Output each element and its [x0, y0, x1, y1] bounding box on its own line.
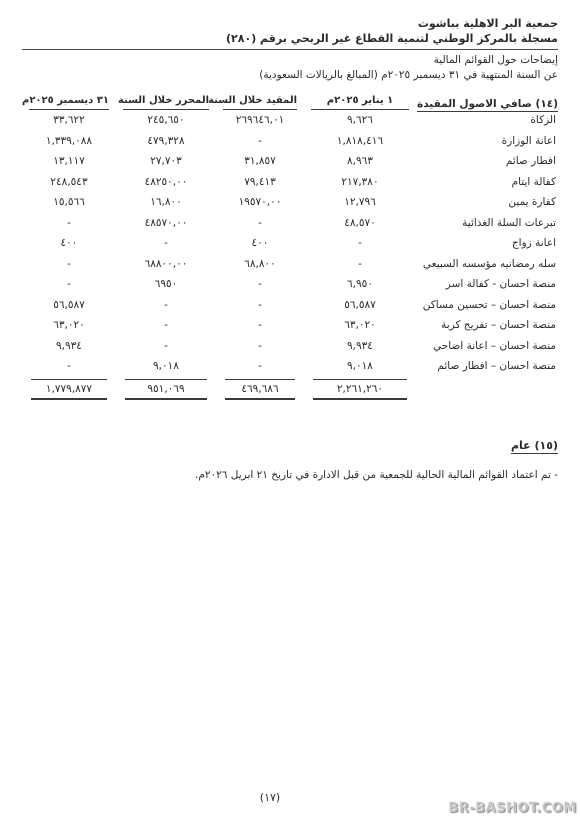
- row-label: كفالة ايتام: [416, 172, 558, 193]
- cell-restricted: ٧٩,٤١٣: [216, 172, 304, 193]
- cell-released: ٦٨٨٠٠,٠٠: [116, 254, 216, 275]
- cell-restricted: ٤٠٠: [216, 233, 304, 254]
- cell-restricted: -: [216, 131, 304, 152]
- doc-period: عن السنة المنتهية في ٣١ ديسمبر ٢٠٢٥م (ال…: [22, 68, 558, 82]
- cell-restricted: ١٩٥٧٠,٠٠: [216, 192, 304, 213]
- total-released: ٩٥١,٠٦٩: [125, 379, 207, 401]
- cell-dec31: ٩,٩٣٤: [22, 336, 116, 357]
- cell-released: ٤٧٩,٣٢٨: [116, 131, 216, 152]
- column-header-restricted: المقيد خلال السنة: [223, 95, 297, 110]
- cell-jan1: ٨,٩٦٣: [304, 151, 416, 172]
- table-row: منصة احسان - كفالة اسر ٦,٩٥٠ - ٦٩٥٠ -: [22, 274, 558, 295]
- cell-dec31: -: [22, 274, 116, 295]
- table-row: منصة احسان – تفريج كربة ٦٣,٠٢٠ - - ٦٣,٠٢…: [22, 315, 558, 336]
- column-header-released: المحرر خلال السنة: [123, 95, 209, 110]
- table-row: منصة احسان – تحسين مساكن ٥٦,٥٨٧ - - ٥٦,٥…: [22, 295, 558, 316]
- cell-dec31: ٤٠٠: [22, 233, 116, 254]
- table-row: منصة احسان – اعانة اضاحي ٩,٩٣٤ - - ٩,٩٣٤: [22, 336, 558, 357]
- watermark: BR-BASHOT.COM: [449, 801, 577, 816]
- cell-restricted: ٦٨,٨٠٠: [216, 254, 304, 275]
- cell-jan1: ٤٨,٥٧٠: [304, 213, 416, 234]
- cell-released: -: [116, 315, 216, 336]
- row-label: اعانة الوزارة: [416, 131, 558, 152]
- row-label: منصة احسان – تفريج كربة: [416, 315, 558, 336]
- row-label: سله رمضانيه مؤسسه السبيعي: [416, 254, 558, 275]
- cell-released: -: [116, 233, 216, 254]
- row-label: منصة احسان – اعانة اضاحي: [416, 336, 558, 357]
- table-row: كفالة ايتام ٢١٧,٣٨٠ ٧٩,٤١٣ ٤٨٢٥٠,٠٠ ٢٤٨,…: [22, 172, 558, 193]
- cell-dec31: -: [22, 254, 116, 275]
- cell-restricted: -: [216, 295, 304, 316]
- total-row: ٢,٢٦١,٢٦٠ ٤٦٩,٦٨٦ ٩٥١,٠٦٩ ١,٧٧٩,٨٧٧: [22, 377, 558, 401]
- cell-jan1: -: [304, 233, 416, 254]
- note-body: - تم اعتماد القوائم المالية الحالية للجم…: [22, 468, 558, 482]
- cell-dec31: ١٣,١١٧: [22, 151, 116, 172]
- note-title: (١٥) عام: [511, 439, 558, 454]
- table-row: اعانة الوزارة ١,٨١٨,٤١٦ - ٤٧٩,٣٢٨ ١,٣٣٩,…: [22, 131, 558, 152]
- row-label: كفارة يمين: [416, 192, 558, 213]
- document-page: جمعية البر الاهلية بباشوت مسجلة بالمركز …: [0, 0, 580, 820]
- table-row: الزكاة ٩,٦٢٦ ٢٦٩٦٤٦,٠١ ٢٤٥,٦٥٠ ٣٣,٦٢٢: [22, 110, 558, 131]
- cell-released: -: [116, 295, 216, 316]
- row-label: الزكاة: [416, 110, 558, 131]
- doc-title: إيضاحات حول القوائم المالية: [22, 53, 558, 67]
- cell-restricted: -: [216, 274, 304, 295]
- cell-jan1: ٥٦,٥٨٧: [304, 295, 416, 316]
- org-name: جمعية البر الاهلية بباشوت: [22, 16, 558, 31]
- row-label: تبرعات السلة الغذائية: [416, 213, 558, 234]
- cell-jan1: ٩,٩٣٤: [304, 336, 416, 357]
- cell-released: ٤٨٢٥٠,٠٠: [116, 172, 216, 193]
- table-row: منصة احسان – افطار صائم ٩,٠١٨ - ٩,٠١٨ -: [22, 356, 558, 377]
- cell-released: ٢٧,٧٠٣: [116, 151, 216, 172]
- row-label: منصة احسان – تحسين مساكن: [416, 295, 558, 316]
- cell-restricted: -: [216, 213, 304, 234]
- cell-jan1: ١٢,٧٩٦: [304, 192, 416, 213]
- cell-jan1: ٦٣,٠٢٠: [304, 315, 416, 336]
- total-jan1: ٢,٢٦١,٢٦٠: [313, 379, 407, 401]
- column-header-jan1: ١ يناير ٢٠٢٥م: [311, 95, 409, 110]
- document-header: جمعية البر الاهلية بباشوت مسجلة بالمركز …: [22, 16, 558, 82]
- cell-released: -: [116, 336, 216, 357]
- table-row: اعانة زواج - ٤٠٠ - ٤٠٠: [22, 233, 558, 254]
- cell-jan1: ٦,٩٥٠: [304, 274, 416, 295]
- row-label: افطار صائم: [416, 151, 558, 172]
- cell-jan1: ٩,٠١٨: [304, 356, 416, 377]
- row-label: منصة احسان - كفالة اسر: [416, 274, 558, 295]
- table-header-row: (١٤) صافي الاصول المقيدة ١ يناير ٢٠٢٥م ا…: [22, 95, 558, 110]
- column-header-dec31: ٣١ ديسمبر ٢٠٢٥م: [29, 95, 109, 110]
- cell-jan1: -: [304, 254, 416, 275]
- cell-restricted: -: [216, 315, 304, 336]
- section-title-cell: (١٤) صافي الاصول المقيدة: [416, 95, 558, 110]
- restricted-net-assets-table: (١٤) صافي الاصول المقيدة ١ يناير ٢٠٢٥م ا…: [22, 95, 558, 400]
- total-label-cell: [416, 377, 558, 401]
- cell-jan1: ١,٨١٨,٤١٦: [304, 131, 416, 152]
- total-dec31: ١,٧٧٩,٨٧٧: [31, 379, 107, 401]
- cell-restricted: ٢٦٩٦٤٦,٠١: [216, 110, 304, 131]
- cell-released: ٤٨٥٧٠,٠٠: [116, 213, 216, 234]
- cell-dec31: ٦٣,٠٢٠: [22, 315, 116, 336]
- table-row: سله رمضانيه مؤسسه السبيعي - ٦٨,٨٠٠ ٦٨٨٠٠…: [22, 254, 558, 275]
- row-label: اعانة زواج: [416, 233, 558, 254]
- cell-restricted: -: [216, 336, 304, 357]
- table-row: كفارة يمين ١٢,٧٩٦ ١٩٥٧٠,٠٠ ١٦,٨٠٠ ١٥,٥٦٦: [22, 192, 558, 213]
- cell-dec31: ٢٤٨,٥٤٣: [22, 172, 116, 193]
- cell-jan1: ٩,٦٢٦: [304, 110, 416, 131]
- section-title: (١٤) صافي الاصول المقيدة: [417, 98, 558, 112]
- table-row: تبرعات السلة الغذائية ٤٨,٥٧٠ - ٤٨٥٧٠,٠٠ …: [22, 213, 558, 234]
- cell-jan1: ٢١٧,٣٨٠: [304, 172, 416, 193]
- note-section: (١٥) عام - تم اعتماد القوائم المالية الح…: [22, 434, 558, 482]
- cell-released: ١٦,٨٠٠: [116, 192, 216, 213]
- cell-restricted: ٣١,٨٥٧: [216, 151, 304, 172]
- cell-dec31: ١٥,٥٦٦: [22, 192, 116, 213]
- total-restricted: ٤٦٩,٦٨٦: [225, 379, 295, 401]
- table-row: افطار صائم ٨,٩٦٣ ٣١,٨٥٧ ٢٧,٧٠٣ ١٣,١١٧: [22, 151, 558, 172]
- cell-dec31: ٣٣,٦٢٢: [22, 110, 116, 131]
- cell-dec31: -: [22, 213, 116, 234]
- cell-dec31: -: [22, 356, 116, 377]
- cell-released: ٩,٠١٨: [116, 356, 216, 377]
- cell-released: ٢٤٥,٦٥٠: [116, 110, 216, 131]
- org-registration: مسجلة بالمركز الوطني لتنمية القطاع غير ا…: [22, 31, 558, 50]
- cell-restricted: -: [216, 356, 304, 377]
- cell-dec31: ٥٦,٥٨٧: [22, 295, 116, 316]
- row-label: منصة احسان – افطار صائم: [416, 356, 558, 377]
- cell-released: ٦٩٥٠: [116, 274, 216, 295]
- cell-dec31: ١,٣٣٩,٠٨٨: [22, 131, 116, 152]
